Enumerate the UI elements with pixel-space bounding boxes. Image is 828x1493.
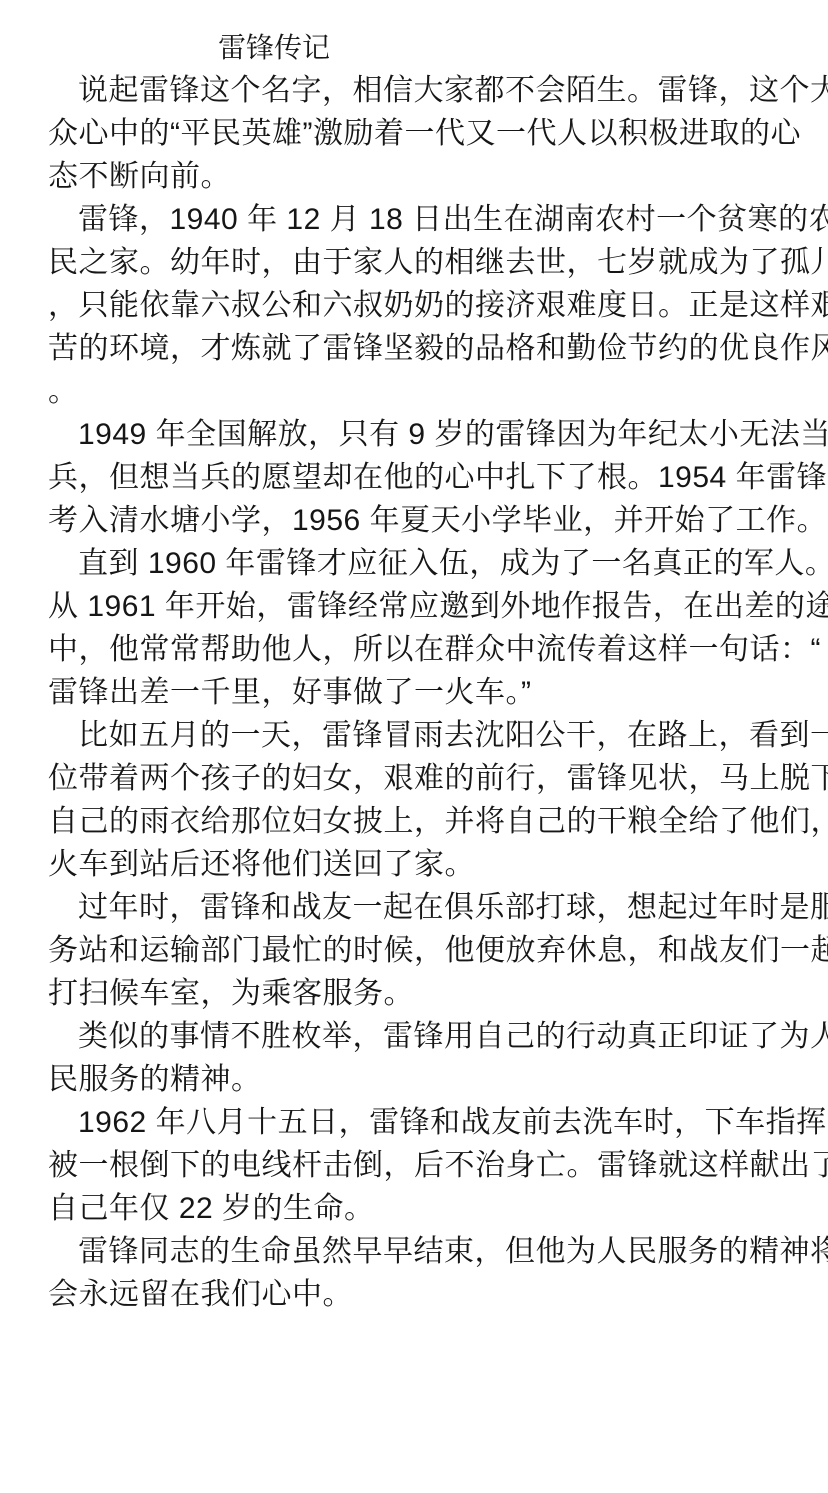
document-body: 说起雷锋这个名字，相信大家都不会陌生。雷锋，这个大众心中的“平民英雄”激励着一代… [48,69,782,1316]
paragraph: 1949 年全国解放，只有 9 岁的雷锋因为年纪太小无法当兵，但想当兵的愿望却在… [48,413,782,542]
paragraph: 1962 年八月十五日，雷锋和战友前去洗车时，下车指挥，被一根倒下的电线杆击倒，… [48,1101,782,1230]
paragraph: 直到 1960 年雷锋才应征入伍，成为了一名真正的军人。从 1961 年开始，雷… [48,542,782,714]
text-line: 比如五月的一天，雷锋冒雨去沈阳公干，在路上，看到一 [48,714,782,757]
text-line: 过年时，雷锋和战友一起在俱乐部打球，想起过年时是服 [48,886,782,929]
text-line: 位带着两个孩子的妇女，艰难的前行，雷锋见状，马上脱下 [48,757,782,800]
text-line: 打扫候车室，为乘客服务。 [48,972,782,1015]
text-line: 民服务的精神。 [48,1058,782,1101]
text-line: 火车到站后还将他们送回了家。 [48,843,782,886]
paragraph: 过年时，雷锋和战友一起在俱乐部打球，想起过年时是服务站和运输部门最忙的时候，他便… [48,886,782,1015]
text-line: ，只能依靠六叔公和六叔奶奶的接济艰难度日。正是这样艰 [48,284,782,327]
text-line: 类似的事情不胜枚举，雷锋用自己的行动真正印证了为人 [48,1015,782,1058]
text-line: 直到 1960 年雷锋才应征入伍，成为了一名真正的军人。 [48,542,782,585]
text-line: 雷锋，1940 年 12 月 18 日出生在湖南农村一个贫寒的农 [48,198,782,241]
text-line: 1949 年全国解放，只有 9 岁的雷锋因为年纪太小无法当 [48,413,782,456]
text-line: 态不断向前。 [48,155,782,198]
text-line: 1962 年八月十五日，雷锋和战友前去洗车时，下车指挥， [48,1101,782,1144]
text-line: 说起雷锋这个名字，相信大家都不会陌生。雷锋，这个大 [48,69,782,112]
text-line: 务站和运输部门最忙的时候，他便放弃休息，和战友们一起 [48,929,782,972]
text-line: 从 1961 年开始，雷锋经常应邀到外地作报告，在出差的途 [48,585,782,628]
text-line: 会永远留在我们心中。 [48,1273,782,1316]
text-line: 自己的雨衣给那位妇女披上，并将自己的干粮全给了他们， [48,800,782,843]
text-line: 雷锋同志的生命虽然早早结束，但他为人民服务的精神将 [48,1230,782,1273]
text-line: 考入清水塘小学，1956 年夏天小学毕业，并开始了工作。 [48,499,782,542]
paragraph: 类似的事情不胜枚举，雷锋用自己的行动真正印证了为人民服务的精神。 [48,1015,782,1101]
text-line: 苦的环境，才炼就了雷锋坚毅的品格和勤俭节约的优良作风 [48,327,782,370]
text-line: 众心中的“平民英雄”激励着一代又一代人以积极进取的心 [48,112,782,155]
document-title: 雷锋传记 [48,26,782,69]
text-line: 。 [48,370,782,413]
text-line: 自己年仅 22 岁的生命。 [48,1187,782,1230]
paragraph: 比如五月的一天，雷锋冒雨去沈阳公干，在路上，看到一位带着两个孩子的妇女，艰难的前… [48,714,782,886]
text-line: 雷锋出差一千里，好事做了一火车。” [48,671,782,714]
text-line: 被一根倒下的电线杆击倒，后不治身亡。雷锋就这样献出了 [48,1144,782,1187]
document-page: 雷锋传记 说起雷锋这个名字，相信大家都不会陌生。雷锋，这个大众心中的“平民英雄”… [0,0,828,1493]
paragraph: 雷锋，1940 年 12 月 18 日出生在湖南农村一个贫寒的农民之家。幼年时，… [48,198,782,413]
paragraph: 雷锋同志的生命虽然早早结束，但他为人民服务的精神将会永远留在我们心中。 [48,1230,782,1316]
text-line: 民之家。幼年时，由于家人的相继去世，七岁就成为了孤儿 [48,241,782,284]
text-line: 中，他常常帮助他人，所以在群众中流传着这样一句话：“ [48,628,782,671]
text-line: 兵，但想当兵的愿望却在他的心中扎下了根。1954 年雷锋 [48,456,782,499]
paragraph: 说起雷锋这个名字，相信大家都不会陌生。雷锋，这个大众心中的“平民英雄”激励着一代… [48,69,782,198]
